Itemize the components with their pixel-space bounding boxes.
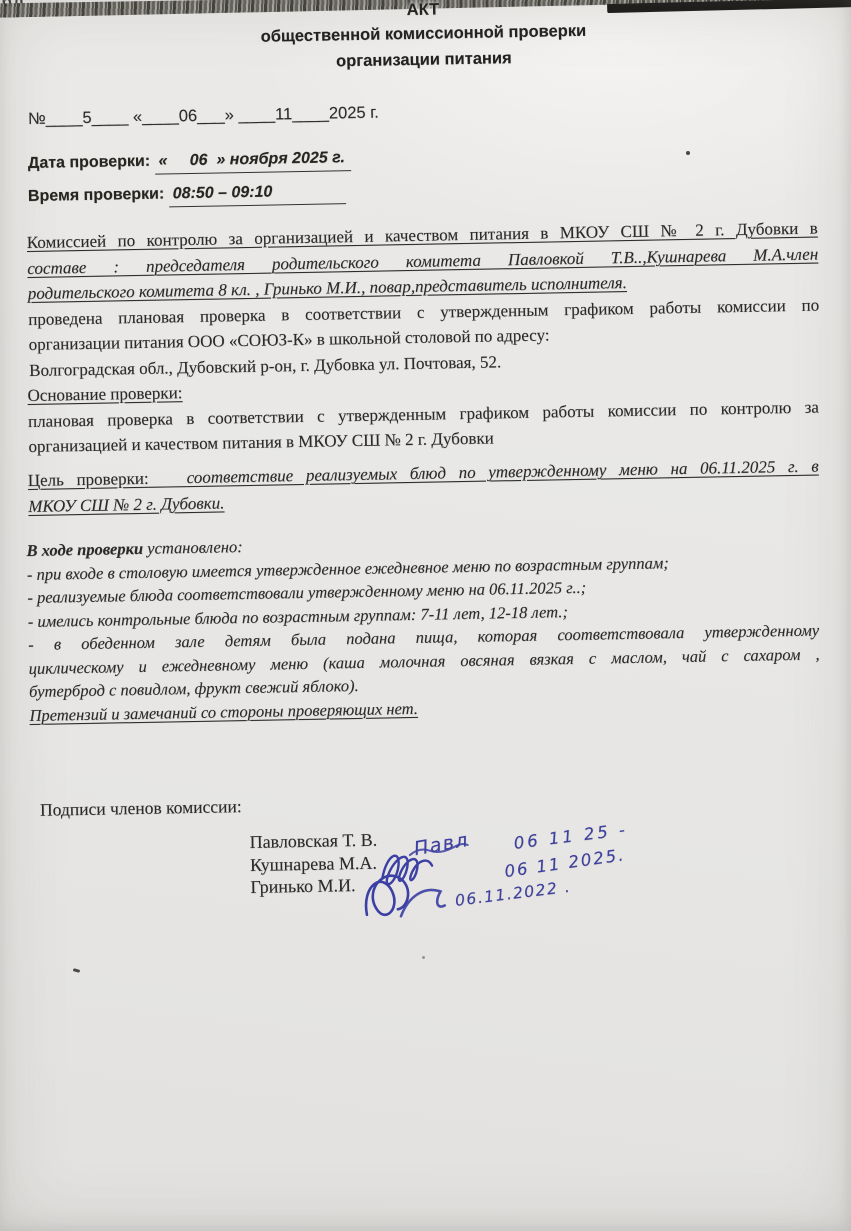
inspection-time-value: 08:50 – 09:10 — [169, 180, 347, 207]
basis-label: Основание проверки: — [27, 383, 182, 405]
handwritten-signatures: Павл 06 11 25 - 06 11 2025. 06.11.2022 . — [387, 806, 849, 944]
inspection-time-label: Время проверки: — [28, 186, 165, 205]
inspection-date-label: Дата проверки: — [28, 153, 150, 172]
inspection-time-line: Время проверки: 08:50 – 09:10 — [28, 172, 819, 210]
commission-paragraph: Комиссией по контролю за организацией и … — [27, 216, 821, 383]
paper-speck — [73, 968, 81, 973]
inspection-date-value: « 06 » ноября 2025 г. — [154, 147, 351, 175]
signatures-block: Павловская Т. В. Кушнарева М.А. Гринько … — [249, 820, 819, 898]
goal-section: Цель проверки: соответствие реализуемых … — [28, 453, 820, 518]
basis-section: Основание проверки: плановая проверка в … — [27, 369, 819, 460]
signature-date: 06.11.2022 . — [454, 877, 572, 909]
act-number-line: №____5____ «____06___» ____11____2025 г. — [28, 94, 819, 130]
goal-label: Цель проверки: — [28, 468, 149, 489]
inspection-date-line: Дата проверки: « 06 » ноября 2025 г. — [28, 139, 819, 177]
document-content: АКТ общественной комиссионной проверки о… — [0, 0, 851, 898]
paper-speck — [422, 956, 425, 959]
findings-section: В ходе проверки установлено: - при входе… — [26, 524, 820, 726]
signature-grinko: 06.11.2022 . — [365, 872, 572, 917]
findings-header-bold: В ходе проверки — [26, 538, 143, 559]
document-header: АКТ общественной комиссионной проверки о… — [27, 0, 819, 80]
scanned-document-page: бл АКТ общественной комиссионной проверк… — [0, 0, 851, 1231]
findings-header-rest: установлено: — [143, 537, 243, 558]
